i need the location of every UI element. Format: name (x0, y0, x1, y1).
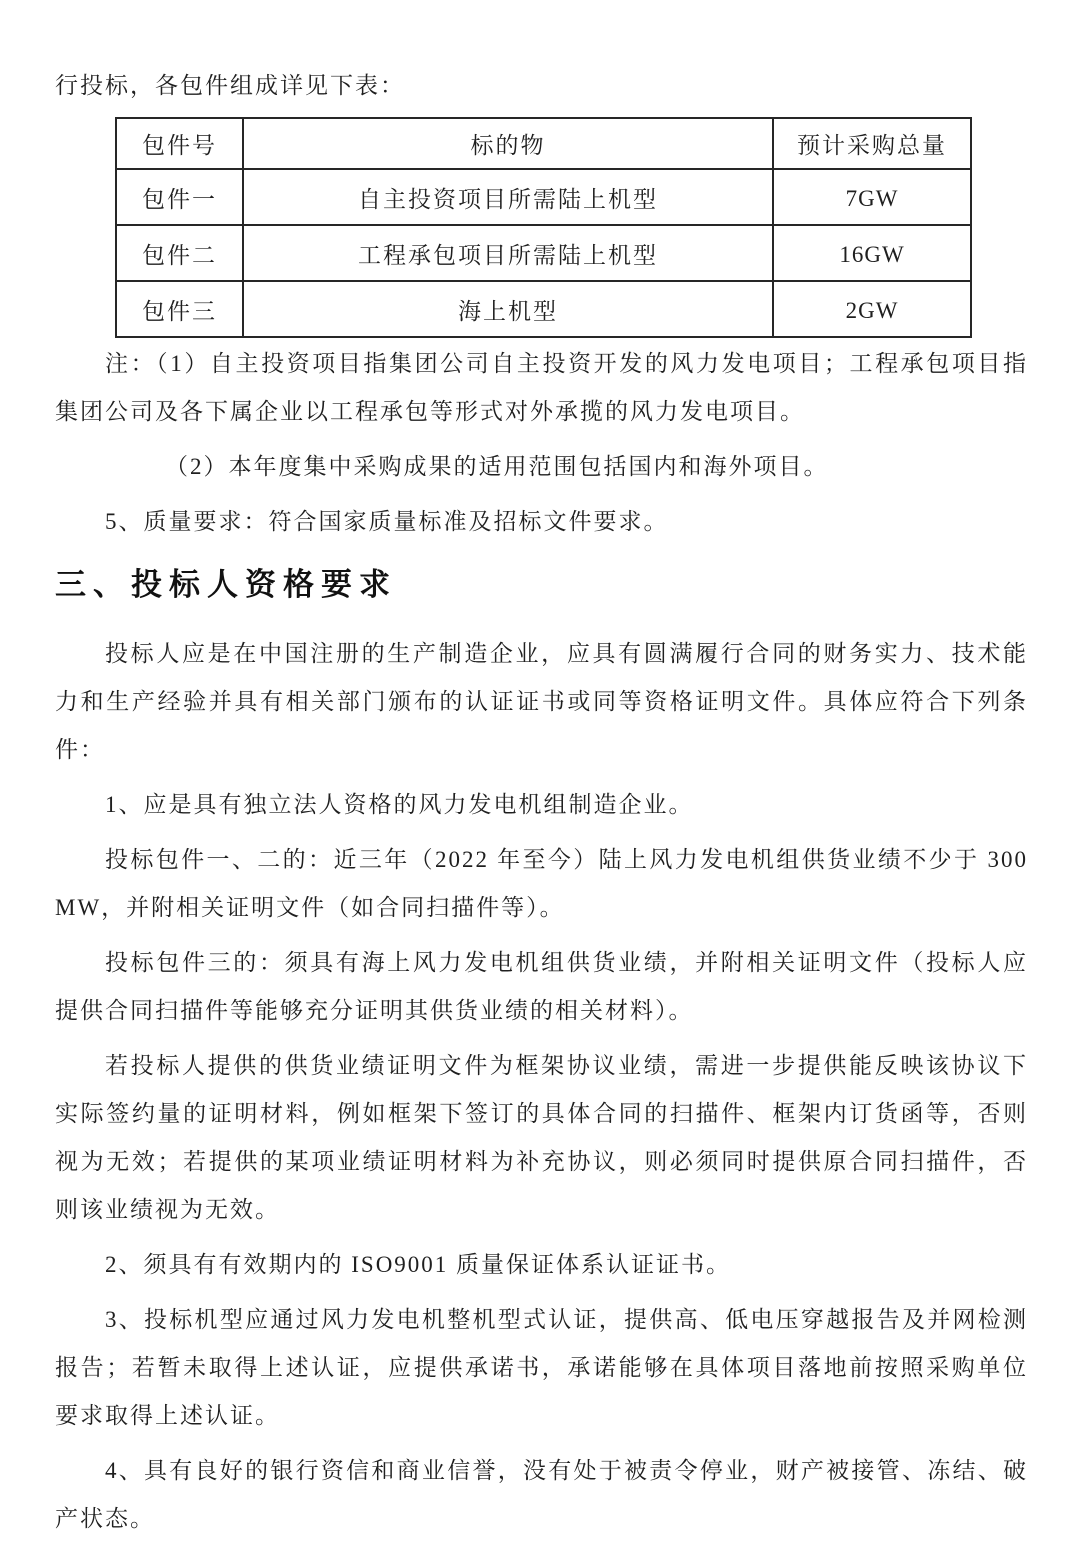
note-paragraph-1: 注：（1）自主投资项目指集团公司自主投资开发的风力发电项目；工程承包项目指集团公… (55, 340, 1028, 436)
cell-subject: 海上机型 (243, 281, 773, 337)
package-table-header-row: 包件号 标的物 预计采购总量 (116, 118, 971, 169)
header-cell-subject: 标的物 (243, 118, 773, 169)
quality-requirement-item: 5、质量要求：符合国家质量标准及招标文件要求。 (55, 498, 1028, 546)
package-table: 包件号 标的物 预计采购总量 包件一 自主投资项目所需陆上机型 7GW 包件二 … (115, 117, 972, 338)
table-row: 包件二 工程承包项目所需陆上机型 16GW (116, 225, 971, 281)
qualification-item-4: 4、具有良好的银行资信和商业信誉，没有处于被责令停业，财产被接管、冻结、破产状态… (55, 1447, 1028, 1542)
qualification-item-1-packages-1-2: 投标包件一、二的：近三年（2022 年至今）陆上风力发电机组供货业绩不少于 30… (55, 836, 1028, 932)
cell-volume: 16GW (773, 225, 971, 281)
cell-subject: 工程承包项目所需陆上机型 (243, 225, 773, 281)
qualification-item-3: 3、投标机型应通过风力发电机整机型式认证，提供高、低电压穿越报告及并网检测报告；… (55, 1296, 1028, 1440)
cell-package-no: 包件三 (116, 281, 243, 337)
table-row: 包件三 海上机型 2GW (116, 281, 971, 337)
cell-package-no: 包件二 (116, 225, 243, 281)
section-heading-bidder-qualifications: 三、投标人资格要求 (55, 562, 1028, 608)
document-page: 行投标，各包件组成详见下表： 包件号 标的物 预计采购总量 包件一 自主投资项目… (0, 0, 1080, 1542)
qualification-intro-paragraph: 投标人应是在中国注册的生产制造企业，应具有圆满履行合同的财务实力、技术能力和生产… (55, 630, 1028, 774)
cell-subject: 自主投资项目所需陆上机型 (243, 169, 773, 225)
qualification-item-2: 2、须具有有效期内的 ISO9001 质量保证体系认证证书。 (55, 1241, 1028, 1289)
cell-package-no: 包件一 (116, 169, 243, 225)
header-cell-volume: 预计采购总量 (773, 118, 971, 169)
qualification-item-1-package-3: 投标包件三的：须具有海上风力发电机组供货业绩，并附相关证明文件（投标人应提供合同… (55, 939, 1028, 1035)
qualification-item-1-framework-note: 若投标人提供的供货业绩证明文件为框架协议业绩，需进一步提供能反映该协议下实际签约… (55, 1042, 1028, 1234)
cell-volume: 7GW (773, 169, 971, 225)
note-paragraph-2: （2）本年度集中采购成果的适用范围包括国内和海外项目。 (55, 443, 1028, 491)
header-cell-package-no: 包件号 (116, 118, 243, 169)
qualification-item-1: 1、应是具有独立法人资格的风力发电机组制造企业。 (55, 781, 1028, 829)
cell-volume: 2GW (773, 281, 971, 337)
table-row: 包件一 自主投资项目所需陆上机型 7GW (116, 169, 971, 225)
intro-paragraph: 行投标，各包件组成详见下表： (55, 62, 1028, 110)
